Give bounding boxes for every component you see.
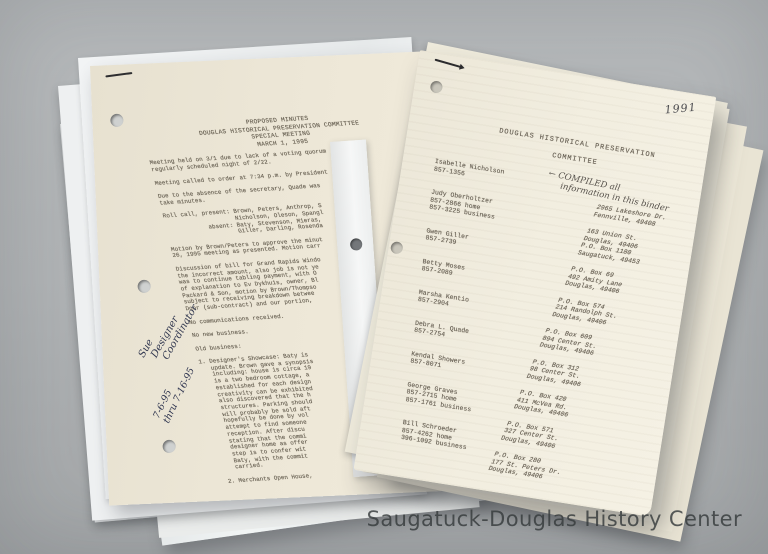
roster-name-entry: Debra L. Quade 857-2754 (414, 319, 485, 345)
handwritten-date-note: 7-6-95thru 7-16-95 (151, 361, 197, 425)
punch-hole (110, 114, 124, 128)
handwritten-year: 1991 (664, 97, 716, 116)
roster-address-entry: P.O. Box 280 177 St. Peters Dr. Douglas,… (487, 451, 565, 483)
roster-name-entry: Bill Schroeder 857-4262 home 396-1092 bu… (401, 419, 473, 452)
roster-name-entry: Kendal Showers 857-8071 (410, 350, 481, 376)
roster-address-entry: P.O. Box 571 327 Center St. Douglas, 494… (500, 420, 578, 452)
roster-address-entry: 163 Union St. Douglas, 49406 P.O. Box 11… (576, 228, 657, 267)
photo-scene: PROPOSED MINUTESDOUGLAS HISTORICAL PRESE… (0, 0, 768, 554)
roster-name-entry: Marsha Kentio 857-2904 (417, 288, 488, 314)
punch-hole (390, 241, 404, 255)
roster-name-entry: Gwen Giller 857-2739 (425, 227, 496, 253)
roster-name-entry: Judy Oberholtzer 857-2866 home 857-3225 … (429, 189, 501, 222)
roster-name-entry: Betty Moses 857-2089 (421, 258, 492, 284)
pen-arrow-mark (434, 59, 463, 69)
pen-mark (105, 72, 132, 78)
punch-hole (162, 440, 176, 454)
punch-hole (137, 280, 151, 294)
roster-address-entry: P.O. Box 312 98 Center St. Douglas, 4940… (525, 358, 603, 390)
roster-name-entry: Isabelle Nicholson 857-1356 (434, 158, 505, 184)
roster-address-entry: P.O. Box 574 214 Randolph St. Douglas, 4… (551, 296, 629, 328)
roster-address-entry: P.O. Box 69 492 Amity Lane Douglas, 4940… (564, 266, 642, 298)
watermark-text: Saugatuck-Douglas History Center (367, 507, 742, 531)
roster-name-entry: George Graves 857-2715 home 857-1761 bus… (405, 381, 477, 414)
roster-address-entry: P.O. Box 609 894 Center St. Douglas, 494… (538, 327, 616, 359)
roster-address-column: 2965 Lakeshore Dr. Fennville, 49408 163 … (483, 204, 667, 493)
punch-hole (430, 80, 444, 94)
roster-address-entry: P.O. Box 420 411 McVea Rd. Douglas, 4940… (513, 389, 591, 421)
punch-hole (350, 238, 363, 251)
roster-name-column: Isabelle Nicholson 857-1356 Judy Oberhol… (399, 158, 505, 468)
